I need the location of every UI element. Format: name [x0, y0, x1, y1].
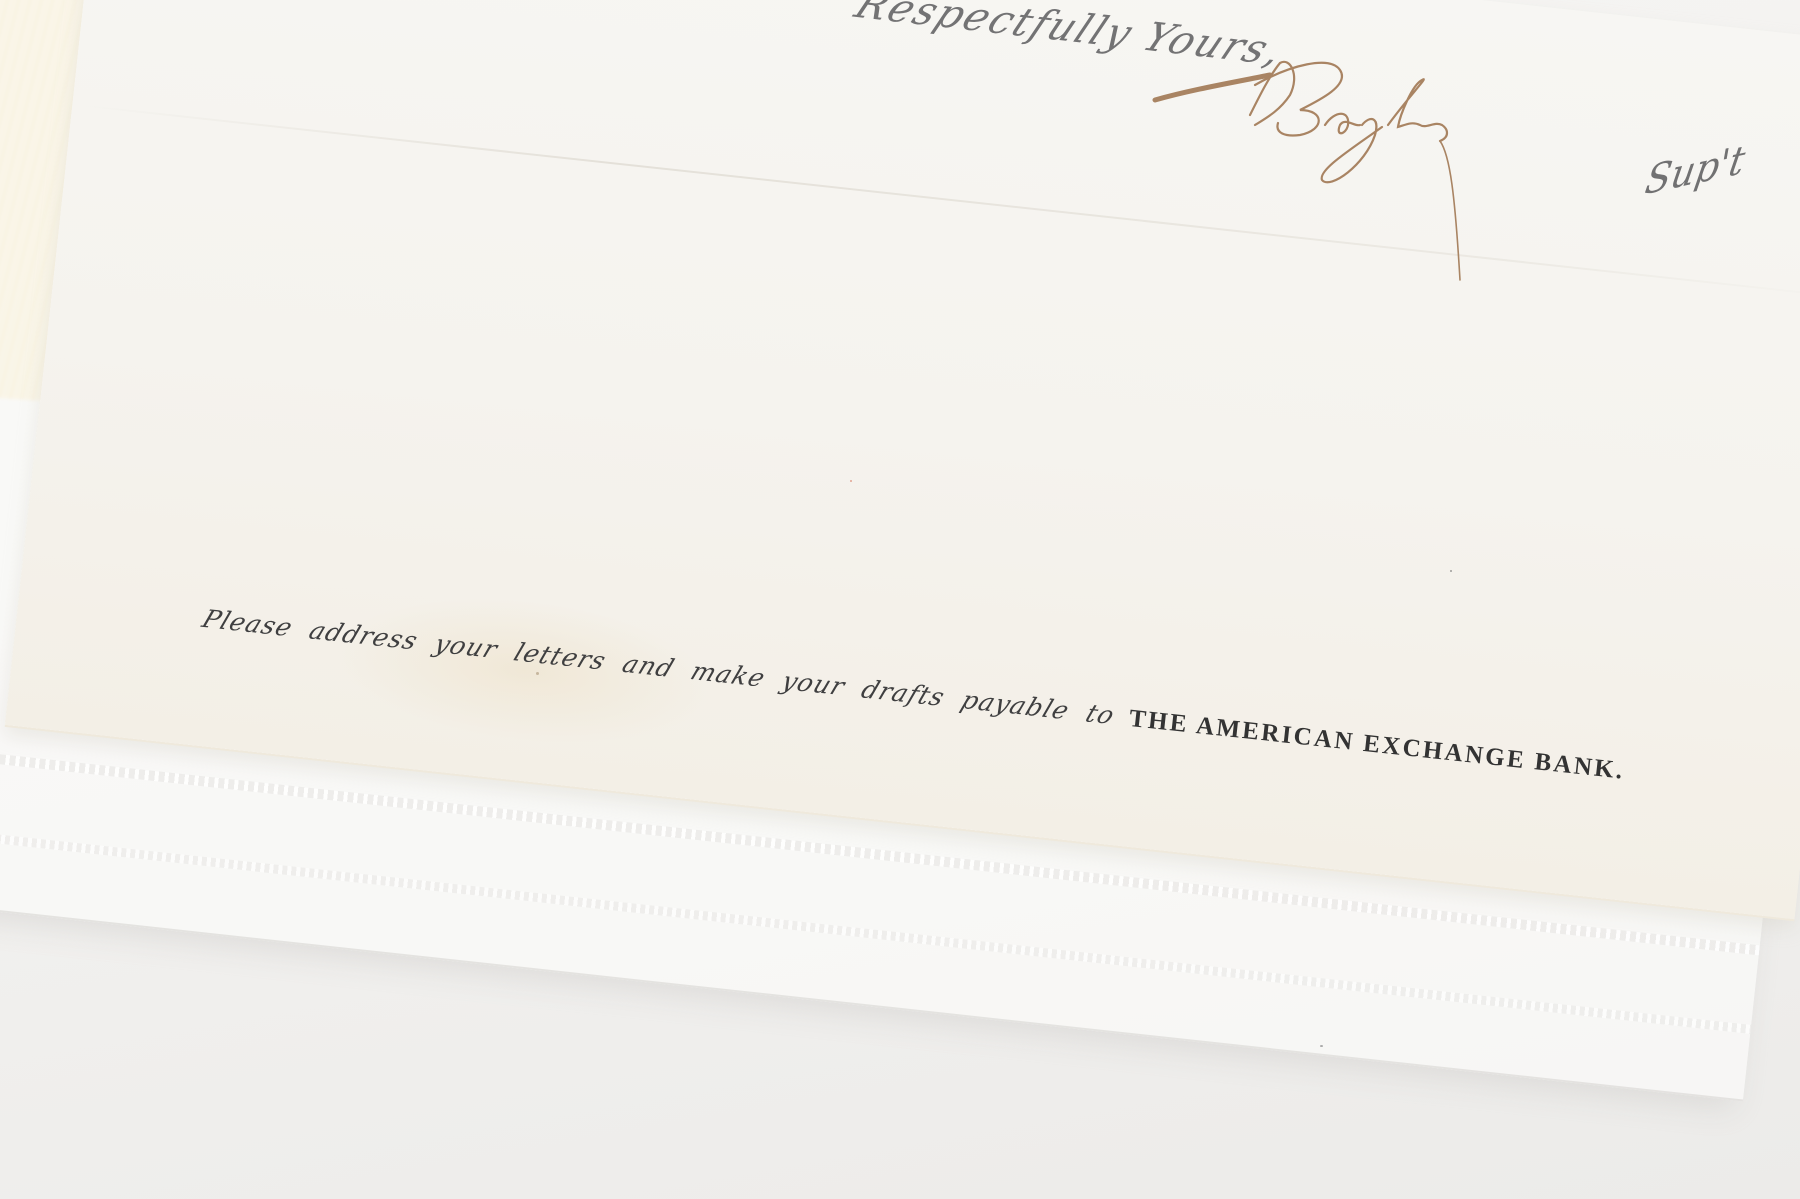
paper-speck — [1450, 570, 1452, 572]
photo-scene: Respectfully Yours, Sup't Please address… — [0, 0, 1800, 1199]
paper-speck — [850, 480, 852, 482]
sleeve-speck — [1320, 1045, 1323, 1047]
signature — [1150, 55, 1610, 295]
paper-speck — [536, 672, 539, 675]
signature-icon — [1150, 55, 1610, 295]
